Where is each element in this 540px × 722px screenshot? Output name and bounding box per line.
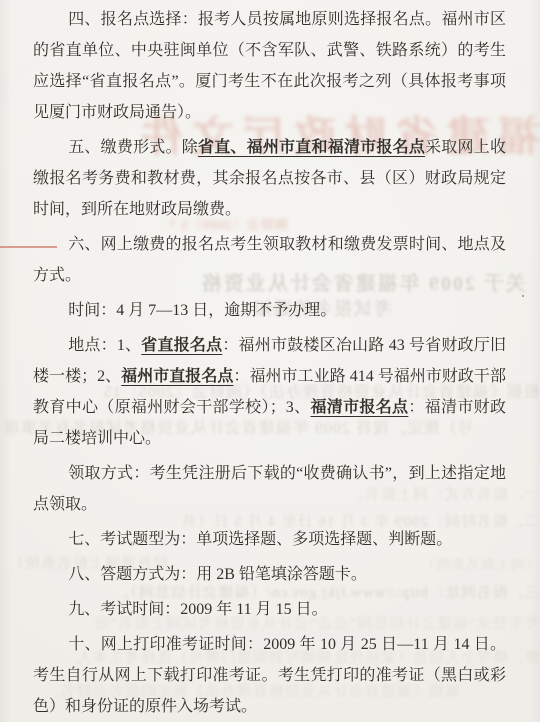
text-segment: 时间：4 月 7—13 日，逾期不予办理。 [68, 302, 336, 319]
paragraph: 时间：4 月 7—13 日，逾期不予办理。 [33, 295, 506, 326]
text-segment: 地点：1、 [68, 337, 141, 354]
text-segment: 十、网上打印准考证时间：2009 年 10 月 25 日—11 月 14 日。考… [33, 636, 506, 715]
paragraph: 十、网上打印准考证时间：2009 年 10 月 25 日—11 月 14 日。考… [33, 629, 506, 722]
text-segment: 五、缴费形式。除 [68, 139, 198, 156]
paragraph: 八、答题方式为：用 2B 铅笔填涂答题卡。 [33, 559, 506, 590]
paragraph: 六、网上缴费的报名点考生领取教材和缴费发票时间、地点及方式。 [33, 229, 506, 291]
text-segment: 福清市报名点 [310, 399, 408, 416]
text-segment: 省直报名点 [141, 337, 222, 354]
paragraph: 地点：1、省直报名点：福州市鼓楼区冶山路 43 号省财政厅旧楼一楼；2、福州市直… [33, 330, 506, 454]
paragraph: 九、考试时间：2009 年 11 月 15 日。 [33, 594, 506, 625]
text-segment: 福州市直报名点 [121, 368, 233, 385]
paragraph: 领取方式：考生凭注册后下载的“收费确认书”，到上述指定地点领取。 [33, 458, 506, 520]
text-segment: 九、考试时间：2009 年 11 月 15 日。 [68, 601, 327, 618]
text-segment: 七、考试题型为：单项选择题、多项选择题、判断题。 [68, 531, 452, 548]
text-segment: 八、答题方式为：用 2B 铅笔填涂答题卡。 [68, 566, 367, 583]
paragraph: 五、缴费形式。除省直、福州市直和福清市报名点采取网上收缴报名考务费和教材费，其余… [33, 132, 506, 225]
text-segment: 四、报名点选择：报考人员按属地原则选择报名点。福州市区的省直单位、中央驻闽单位（… [33, 11, 506, 121]
text-segment: 领取方式：考生凭注册后下载的“收费确认书”，到上述指定地点领取。 [33, 465, 506, 513]
text-segment: 六、网上缴费的报名点考生领取教材和缴费发票时间、地点及方式。 [33, 236, 506, 284]
document-body: 四、报名点选择：报考人员按属地原则选择报名点。福州市区的省直单位、中央驻闽单位（… [0, 0, 540, 722]
paragraph: 四、报名点选择：报考人员按属地原则选择报名点。福州市区的省直单位、中央驻闽单位（… [33, 4, 506, 128]
paragraph: 七、考试题型为：单项选择题、多项选择题、判断题。 [33, 524, 506, 555]
text-segment: 省直、福州市直和福清市报名点 [198, 139, 425, 156]
